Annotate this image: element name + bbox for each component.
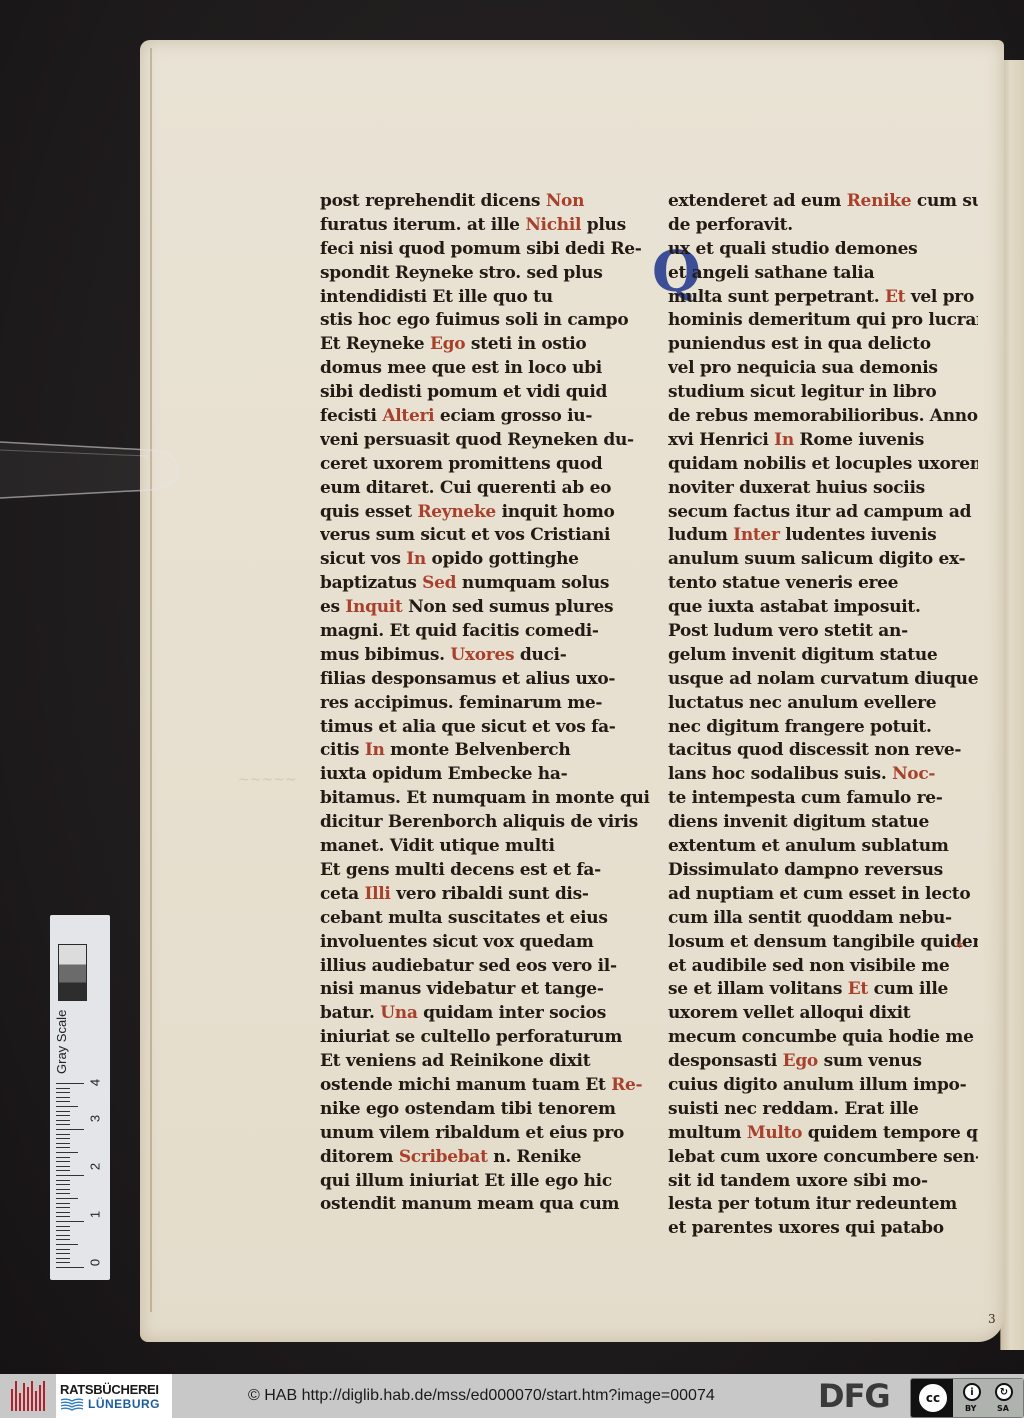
manuscript-line: gelum invenit digitum statue [668,644,978,668]
manuscript-line: tento statue veneris eree [668,572,978,596]
folio-mark: 3 [988,1312,996,1326]
rubricated-word: In [774,430,794,450]
manuscript-line: ludum Inter ludentes iuvenis [668,524,978,548]
manuscript-page: ~~~~~ Q post reprehendit dicens Nonfurat… [140,40,1004,1342]
manuscript-line: secum factus itur ad campum ad [668,501,978,525]
rubricated-word: Illi [364,884,390,904]
dfg-logo[interactable]: DFG [818,1378,890,1414]
manuscript-line: sicut vos In opido gottinghe [320,548,650,572]
manuscript-line: diens invenit digitum statue [668,811,978,835]
manuscript-line: se et illam volitans Et cum ille [668,978,978,1002]
manuscript-line: suisti nec reddam. Erat ille [668,1098,978,1122]
ruler-number: 1 [88,1208,103,1222]
manuscript-line: sit id tandem uxore sibi mo- [668,1170,978,1194]
manuscript-line: manet. Vidit utique multi [320,835,650,859]
margin-mark: * [956,940,963,956]
manuscript-line: extentum et anulum sublatum [668,835,978,859]
manuscript-line: Post ludum vero stetit an- [668,620,978,644]
manuscript-line: vel pro nequicia sua demonis [668,357,978,381]
manuscript-line: post reprehendit dicens Non [320,190,650,214]
manuscript-line: hominis demeritum qui pro lucrare [668,309,978,333]
manuscript-line: ditorem Scribebat n. Renike [320,1146,650,1170]
manuscript-line: dicitur Berenborch aliquis de viris [320,811,650,835]
manuscript-line: furatus iterum. at ille Nichil plus [320,214,650,238]
manuscript-line: de perforavit. [668,214,978,238]
rubricated-word: In [365,740,385,760]
manuscript-line: iniuriat se cultello perforaturum [320,1026,650,1050]
hab-barcode-icon [11,1381,45,1411]
manuscript-line: res accipimus. feminarum me- [320,692,650,716]
share-alike-icon: ↻ [995,1383,1013,1401]
ruler-number: 2 [88,1160,103,1174]
manuscript-line: mecum concumbe quia hodie me [668,1026,978,1050]
manuscript-line: nike ego ostendam tibi tenorem [320,1098,650,1122]
attribution-icon: i [963,1383,981,1401]
manuscript-line: uxorem vellet alloqui dixit [668,1002,978,1026]
copyright-link[interactable]: © HAB http://diglib.hab.de/mss/ed000070/… [248,1387,715,1405]
manuscript-line: involuentes sicut vox quedam [320,931,650,955]
rubricated-word: Re- [611,1075,642,1095]
rubricated-word: Ego [430,334,465,354]
text-column-left: post reprehendit dicens Nonfuratus iteru… [320,190,650,1217]
ratsbuecherei-logo[interactable]: RATSBÜCHEREI LÜNEBURG [56,1374,172,1418]
cc-license-badge[interactable]: cc i BY ↻ SA [910,1378,1024,1418]
manuscript-line: xvi Henrici In Rome iuvenis [668,429,978,453]
ruler-ticks [56,1087,86,1272]
bleed-through-text: ~~~~~ [238,772,297,788]
rubricated-word: Scribebat [399,1147,488,1167]
manuscript-line: Et gens multi decens est et fa- [320,859,650,883]
manuscript-line: anulum suum salicum digito ex- [668,548,978,572]
rubricated-word: In [406,549,426,569]
manuscript-line: nisi manus videbatur et tange- [320,978,650,1002]
gray-scale-label: Gray Scale [54,1007,82,1077]
ruler-number: 3 [88,1112,103,1126]
manuscript-line: de rebus memorabilioribus. Anno [668,405,978,429]
manuscript-line: quidam nobilis et locuples uxorem [668,453,978,477]
manuscript-line: ad nuptiam et cum esset in lecto [668,883,978,907]
manuscript-line: baptizatus Sed numquam solus [320,572,650,596]
manuscript-line: spondit Reyneke stro. sed plus [320,262,650,286]
manuscript-line: iuxta opidum Embecke ha- [320,763,650,787]
manuscript-line: feci nisi quod pomum sibi dedi Re- [320,238,650,262]
manuscript-line: lesta per totum itur redeuntem [668,1193,978,1217]
manuscript-line: domus mee que est in loco ubi [320,357,650,381]
manuscript-line: te intempesta cum famulo re- [668,787,978,811]
rubricated-word: Et [885,287,905,307]
rubricated-word: Ego [783,1051,818,1071]
manuscript-line: Et Reyneke Ego steti in ostio [320,333,650,357]
manuscript-line: desponsasti Ego sum venus [668,1050,978,1074]
manuscript-line: batur. Una quidam inter socios [320,1002,650,1026]
manuscript-line: tacitus quod discessit non reve- [668,739,978,763]
manuscript-line: cuius digito anulum illum impo- [668,1074,978,1098]
manuscript-line: timus et alia que sicut et vos fa- [320,716,650,740]
ruler-number: 4 [88,1076,103,1090]
manuscript-line: cum illa sentit quoddam nebu- [668,907,978,931]
rubricated-word: Uxores [450,645,514,665]
manuscript-line: lebat cum uxore concumbere sen- [668,1146,978,1170]
library-name-bottom: LÜNEBURG [88,1397,160,1411]
rubricated-word: Inter [733,525,779,545]
manuscript-line: ostendit manum meam qua cum [320,1193,650,1217]
manuscript-line: quis esset Reyneke inquit homo [320,501,650,525]
rubricated-word: Sed [422,573,456,593]
manuscript-line: nec digitum frangere potuit. [668,716,978,740]
rubricated-word: Renike [847,191,912,211]
manuscript-line: veni persuasit quod Reyneken du- [320,429,650,453]
manuscript-line: ostende michi manum tuam Et Re- [320,1074,650,1098]
gray-scale-swatch [58,944,87,1001]
manuscript-line: stis hoc ego fuimus soli in campo [320,309,650,333]
manuscript-line: cebant multa suscitates et eius [320,907,650,931]
manuscript-line: fecisti Alteri eciam grosso iu- [320,405,650,429]
gray-scale-ruler: Gray Scale 0 1 2 3 4 [50,915,110,1280]
manuscript-line: es Inquit Non sed sumus plures [320,596,650,620]
rubricated-word: Reyneke [417,502,496,522]
manuscript-line: noviter duxerat huius sociis [668,477,978,501]
manuscript-line: illius audiebatur sed eos vero il- [320,955,650,979]
manuscript-line: unum vilem ribaldum et eius pro [320,1122,650,1146]
rubricated-word: Non [546,191,584,211]
manuscript-line: filias desponsamus et alius uxo- [320,668,650,692]
manuscript-line: studium sicut legitur in libro [668,381,978,405]
rubricated-word: Nichil [525,215,581,235]
manuscript-line: losum et densum tangibile quidem [668,931,978,955]
manuscript-line: extenderet ad eum Renike cum su- [668,190,978,214]
cc-icon: cc [917,1382,949,1414]
rubricated-word: Alteri [382,406,434,426]
rubricated-word: Una [380,1003,417,1023]
manuscript-line: ceret uxorem promittens quod [320,453,650,477]
hab-logo[interactable] [0,1374,56,1418]
manuscript-line: et angeli sathane talia [668,262,978,286]
manuscript-line: multum Multo quidem tempore qui vo- [668,1122,978,1146]
manuscript-line: puniendus est in qua delicto [668,333,978,357]
manuscript-line: et parentes uxores qui patabo [668,1217,978,1241]
ruler-number: 0 [88,1256,103,1270]
text-column-right: extenderet ad eum Renike cum su-de perfo… [668,190,978,1241]
manuscript-line: intendidisti Et ille quo tu [320,286,650,310]
manuscript-line: magni. Et quid facitis comedi- [320,620,650,644]
sa-label: SA [997,1404,1009,1413]
manuscript-line: ceta Illi vero ribaldi sunt dis- [320,883,650,907]
manuscript-line: mus bibimus. Uxores duci- [320,644,650,668]
manuscript-line: Et veniens ad Reinikone dixit [320,1050,650,1074]
manuscript-line: usque ad nolam curvatum diuque [668,668,978,692]
open-book-icon [60,1397,84,1411]
manuscript-line: lans hoc sodalibus suis. Noc- [668,763,978,787]
manuscript-line: verus sum sicut et vos Cristiani [320,524,650,548]
manuscript-line: bitamus. Et numquam in monte qui [320,787,650,811]
rubricated-word: Inquit [345,597,402,617]
rubricated-word: Et [848,979,868,999]
manuscript-line: multa sunt perpetrant. Et vel pro [668,286,978,310]
by-label: BY [965,1404,976,1413]
manuscript-line: Dissimulato dampno reversus [668,859,978,883]
manuscript-line: luctatus nec anulum evellere [668,692,978,716]
manuscript-line: et audibile sed non visibile me [668,955,978,979]
manuscript-line: que iuxta astabat imposuit. [668,596,978,620]
library-name-top: RATSBÜCHEREI [60,1382,172,1397]
manuscript-line: ux et quali studio demones [668,238,978,262]
footer-bar: RATSBÜCHEREI LÜNEBURG © HAB http://digli… [0,1374,1024,1418]
manuscript-line: eum ditaret. Cui querenti ab eo [320,477,650,501]
page-weight-clip-icon [0,430,180,510]
manuscript-line: qui illum iniuriat Et ille ego hic [320,1170,650,1194]
manuscript-line: citis In monte Belvenberch [320,739,650,763]
rubricated-word: Noc- [892,764,935,784]
manuscript-line: sibi dedisti pomum et vidi quid [320,381,650,405]
rubricated-word: Multo [747,1123,802,1143]
